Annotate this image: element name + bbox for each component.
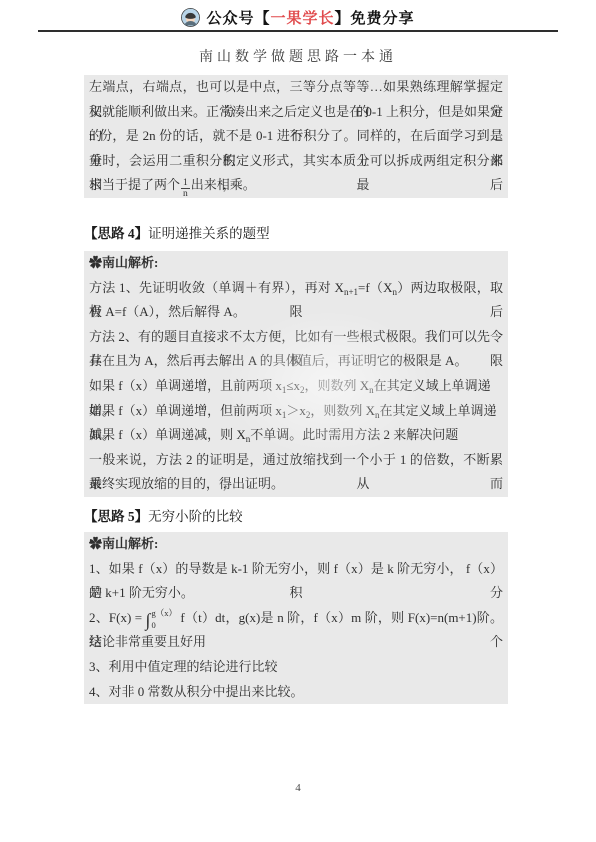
subscripted-term: Xn+1 (335, 280, 358, 295)
text-line: 左端点，右端点，也可以是中点，三等分点等等…如果熟练理解掌握定积分的定 (84, 75, 508, 100)
text-line: 4、对非 0 常数从积分中提出来比较。 (84, 680, 508, 705)
text-line: 方法 1、先证明收敛（单调＋有界），再对 Xn+1=f（Xn）两边取极限，取极限… (84, 276, 508, 301)
subscripted-term: x2 (299, 403, 310, 418)
text-line: 如果 f（x）单调递增，但前两项 x1＞x2，则数列 Xn在其定义域上单调递减。 (84, 399, 508, 424)
analysis-label: ✿南山解析: (84, 251, 508, 276)
subscripted-term: x1 (275, 403, 286, 418)
text-line: 义就能顺利做出来。正常凑出来之后定义也是在 0-1 上积分，但是如果分的不是 (84, 100, 508, 125)
text-line: 2、F(x) = ∫g（x）0 f（t）dt，g(x)是 n 阶，f（x）m 阶… (84, 606, 508, 631)
banner-text: 公众号【一果学长】免费分享 (206, 7, 414, 28)
thought-4-heading-title: 证明递推关系的题型 (148, 226, 270, 241)
integral-symbol: ∫g（x）0 (146, 609, 177, 630)
account-name-highlight: 一果学长 (270, 10, 334, 27)
text-line: 方法 2、有的题目直接求不太方便，比如有一些根式极限。我们可以先令其极限 (84, 325, 508, 350)
text-line: 存在且为 A，然后再去解出 A 的具体值后，再证明它的极限是 A。 (84, 349, 508, 374)
thought-5-heading-title: 无穷小阶的比较 (148, 509, 243, 524)
subscripted-term: Xn (383, 280, 397, 295)
thought-5-analysis-block: ✿南山解析:1、如果 f（x）的导数是 k-1 阶无穷小，则 f（x）是 k 阶… (84, 532, 508, 704)
thought-5-heading: 【思路 5】无穷小阶的比较 (84, 507, 508, 527)
thought-4-heading-bracket: 【思路 4】 (84, 226, 148, 241)
text-line: 一般来说，方法 2 的证明是，通过放缩找到一个小于 1 的倍数，不断累乘，从而 (84, 448, 508, 473)
analysis-label: ✿南山解析: (84, 532, 508, 557)
thought-5-heading-bracket: 【思路 5】 (84, 509, 148, 524)
banner-text-suffix: 】免费分享 (335, 10, 415, 27)
doc-title: 南山数学做题思路一本通 (0, 46, 596, 66)
text-line: n 份，是 2n 份的话，就不是 0-1 进行积分了。同样的，在后面学习到二重积… (84, 124, 508, 149)
integral-definition-highlight-block: 左端点，右端点，也可以是中点，三等分点等等…如果熟练理解掌握定积分的定义就能顺利… (84, 75, 508, 198)
fraction: 1n (181, 178, 190, 200)
text-line: 1、如果 f（x）的导数是 k-1 阶无穷小，则 f（x）是 k 阶无穷小， f… (84, 557, 508, 582)
official-account-banner: 公众号【一果学长】免费分享 (0, 7, 596, 28)
text-line: 分时，会运用二重积分的定义形式，其实本质上可以拆成两组定积分来求，最后 (84, 149, 508, 174)
document-page: 公众号【一果学长】免费分享 南山数学做题思路一本通 左端点，右端点，也可以是中点… (0, 0, 596, 842)
thought-4-analysis-block: ✿南山解析:方法 1、先证明收敛（单调＋有界），再对 Xn+1=f（Xn）两边取… (84, 251, 508, 497)
subscripted-term: x2 (293, 378, 304, 393)
text-line: 如果 f（x）单调递增，且前两项 x1≤x2，则数列 Xn在其定义域上单调递增。 (84, 374, 508, 399)
banner-text-prefix: 公众号【 (206, 10, 270, 27)
header-divider (38, 30, 558, 32)
page-number: 4 (0, 782, 596, 794)
subscripted-term: Xn (236, 427, 250, 442)
subscripted-term: Xn (360, 378, 374, 393)
text-line: 3、利用中值定理的结论进行比较 (84, 655, 508, 680)
thought-4-heading: 【思路 4】证明递推关系的题型 (84, 224, 508, 244)
boy-avatar-icon (181, 8, 200, 27)
subscripted-term: x1 (275, 378, 286, 393)
subscripted-term: Xn (366, 403, 380, 418)
text-line: 如果 f（x）单调递减，则 Xn不单调。此时需用方法 2 来解决问题 (84, 423, 508, 448)
